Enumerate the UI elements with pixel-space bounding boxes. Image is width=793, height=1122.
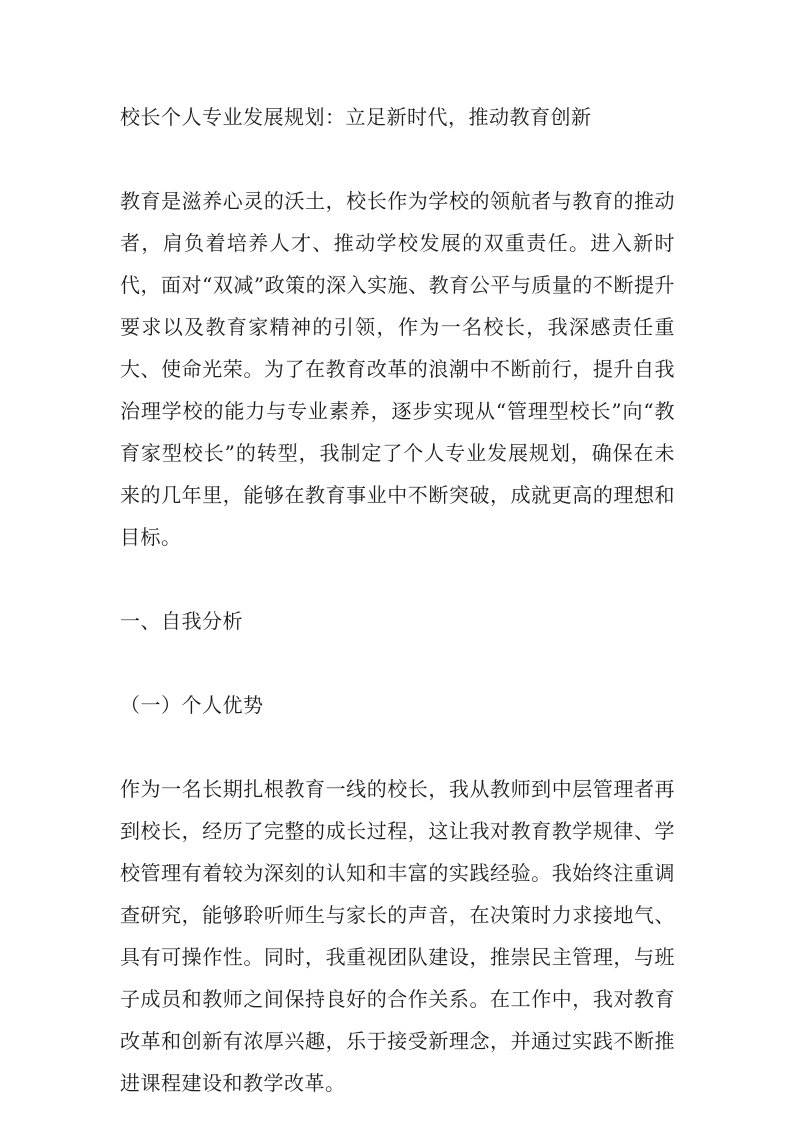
intro-paragraph: 教育是滋养心灵的沃土，校长作为学校的领航者与教育的推动者，肩负着培养人才、推动学…	[120, 180, 675, 558]
document-page: 校长个人专业发展规划：立足新时代，推动教育创新 教育是滋养心灵的沃土，校长作为学…	[0, 0, 793, 1122]
subsection-heading-personal-strengths: （一）个人优势	[120, 684, 675, 726]
document-title: 校长个人专业发展规划：立足新时代，推动教育创新	[120, 96, 675, 138]
section-heading-self-analysis: 一、自我分析	[120, 600, 675, 642]
strengths-paragraph: 作为一名长期扎根教育一线的校长，我从教师到中层管理者再到校长，经历了完整的成长过…	[120, 768, 675, 1104]
